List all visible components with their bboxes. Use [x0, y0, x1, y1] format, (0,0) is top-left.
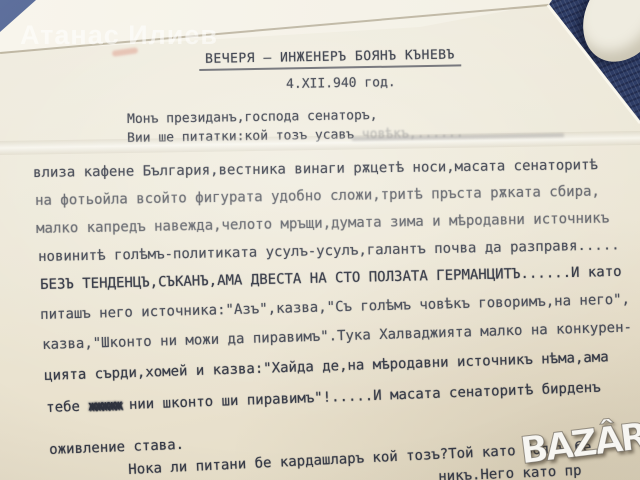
line9-start: тебе — [46, 398, 89, 416]
photo: ВЕЧЕРЯ — ИНЖЕНЕРЪ БОЯНЪ КЪНЕВЪ 4.XII.940… — [0, 0, 640, 480]
salutation-line: Монъ президанъ,господа сенаторъ, — [127, 109, 378, 126]
photographer-watermark: Атанас Илиев — [20, 20, 218, 51]
document-date: 4.XII.940 год. — [286, 76, 396, 91]
overtyped-correction: жжжжж — [88, 397, 121, 414]
